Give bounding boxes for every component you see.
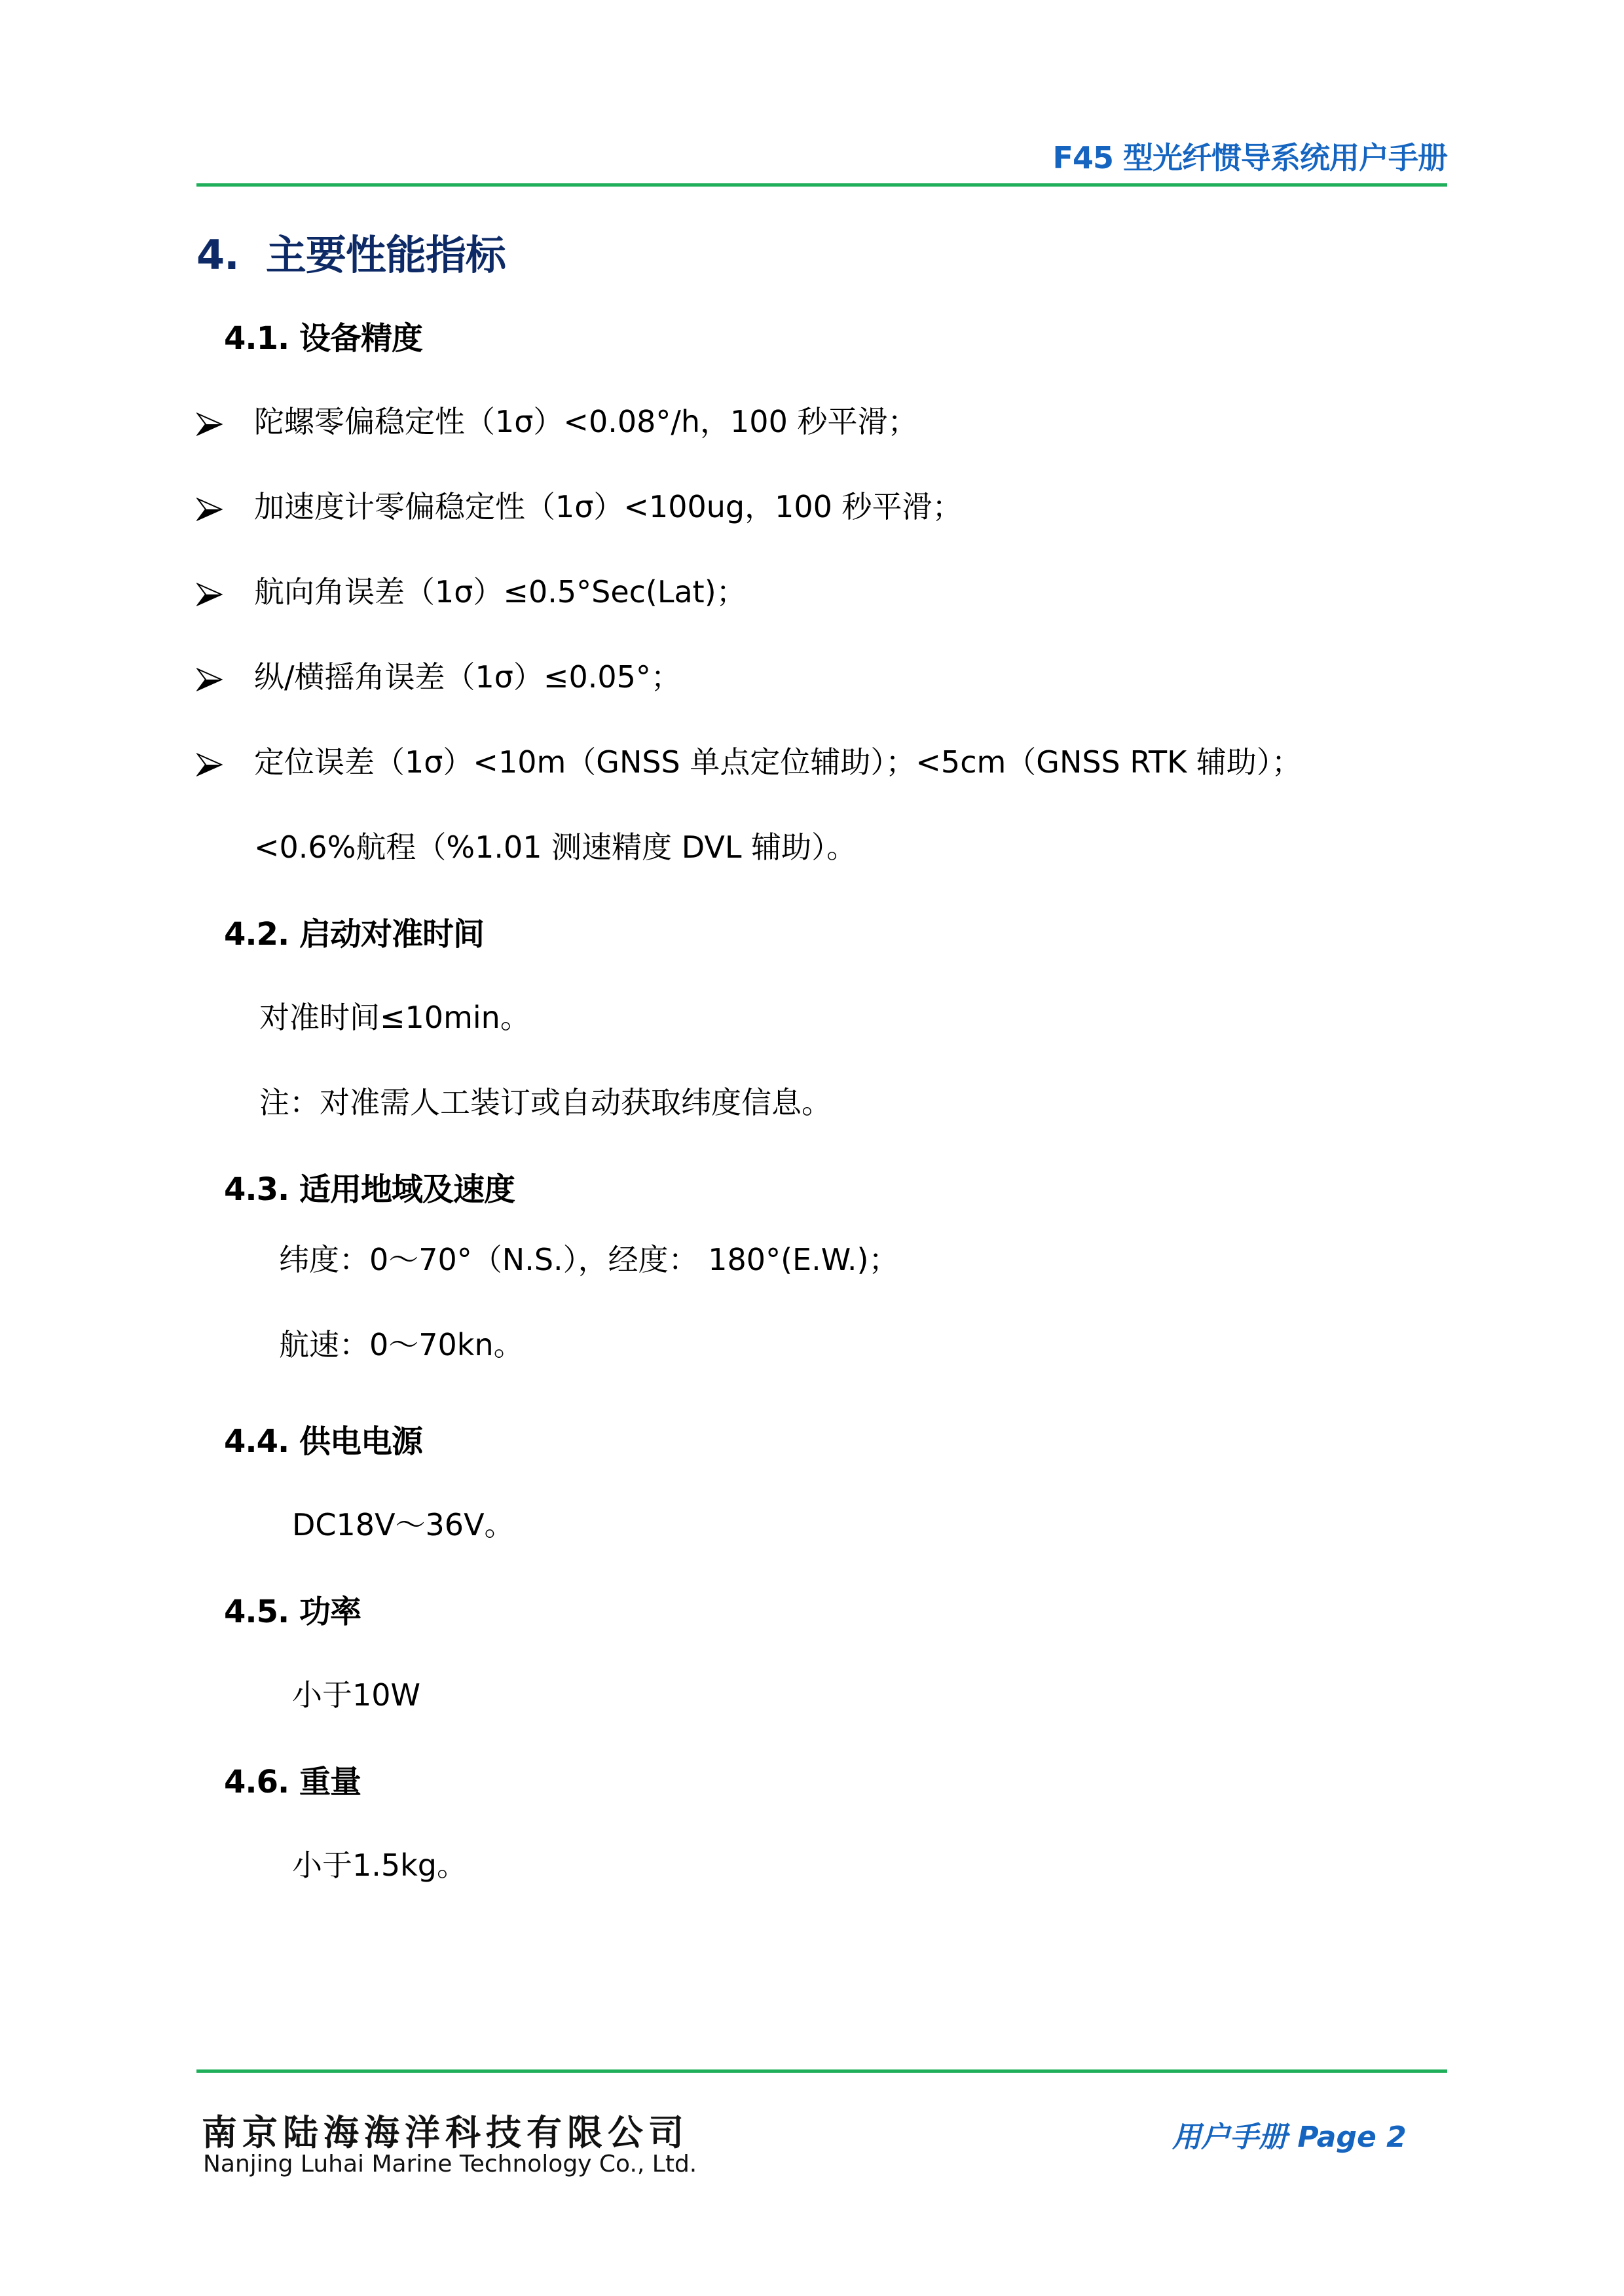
- list-item: 纵/横摇角误差（1σ）≤0.05°；: [196, 653, 681, 697]
- body-text: 对准时间≤10min。: [259, 994, 530, 1037]
- subsection-heading-4-5: 4.5. 功率: [224, 1586, 361, 1631]
- arrow-bullet-icon: [196, 753, 223, 776]
- company-name-cn: 南京陆海海洋科技有限公司: [202, 2105, 689, 2155]
- footer-rule: [196, 2069, 1447, 2073]
- list-item: 加速度计零偏稳定性（1σ）<100ug，100 秒平滑；: [196, 483, 963, 526]
- subsection-heading-4-1: 4.1. 设备精度: [224, 313, 422, 358]
- page-number: 用户手册 Page 2: [1172, 2113, 1407, 2155]
- subsection-heading-4-2: 4.2. 启动对准时间: [224, 909, 484, 954]
- body-text: DC18V～36V。: [292, 1501, 515, 1544]
- list-item: 航向角误差（1σ）≤0.5°Sec(Lat)；: [196, 568, 747, 611]
- section-title-text: 主要性能指标: [266, 231, 506, 279]
- note-text: 注：对准需人工装订或自动获取纬度信息。: [259, 1079, 832, 1122]
- arrow-bullet-icon: [196, 412, 223, 436]
- list-item: 陀螺零偏稳定性（1σ）<0.08°/h，100 秒平滑；: [196, 398, 917, 441]
- body-text: 纬度：0～70°（N.S.），经度： 180°(E.W.)；: [279, 1236, 898, 1279]
- section-number: 4.: [196, 231, 239, 279]
- body-text: 航速：0～70kn。: [279, 1321, 524, 1364]
- arrow-bullet-icon: [196, 583, 223, 606]
- body-text: 小于1.5kg。: [292, 1842, 467, 1885]
- document-header-title: F45 型光纤惯导系统用户手册: [1053, 134, 1447, 177]
- arrow-bullet-icon: [196, 668, 223, 691]
- header-rule: [196, 183, 1447, 187]
- list-item: 定位误差（1σ）<10m（GNSS 单点定位辅助）；<5cm（GNSS RTK …: [196, 738, 1302, 782]
- body-text: 小于10W: [292, 1671, 420, 1715]
- section-title: 4. 主要性能指标: [196, 223, 506, 281]
- subsection-heading-4-4: 4.4. 供电电源: [224, 1416, 422, 1461]
- company-name-en: Nanjing Luhai Marine Technology Co., Ltd…: [203, 2151, 697, 2178]
- list-item-continuation: <0.6%航程（%1.01 测速精度 DVL 辅助）。: [254, 824, 857, 867]
- subsection-heading-4-6: 4.6. 重量: [224, 1757, 361, 1802]
- subsection-heading-4-3: 4.3. 适用地域及速度: [224, 1164, 515, 1209]
- arrow-bullet-icon: [196, 498, 223, 521]
